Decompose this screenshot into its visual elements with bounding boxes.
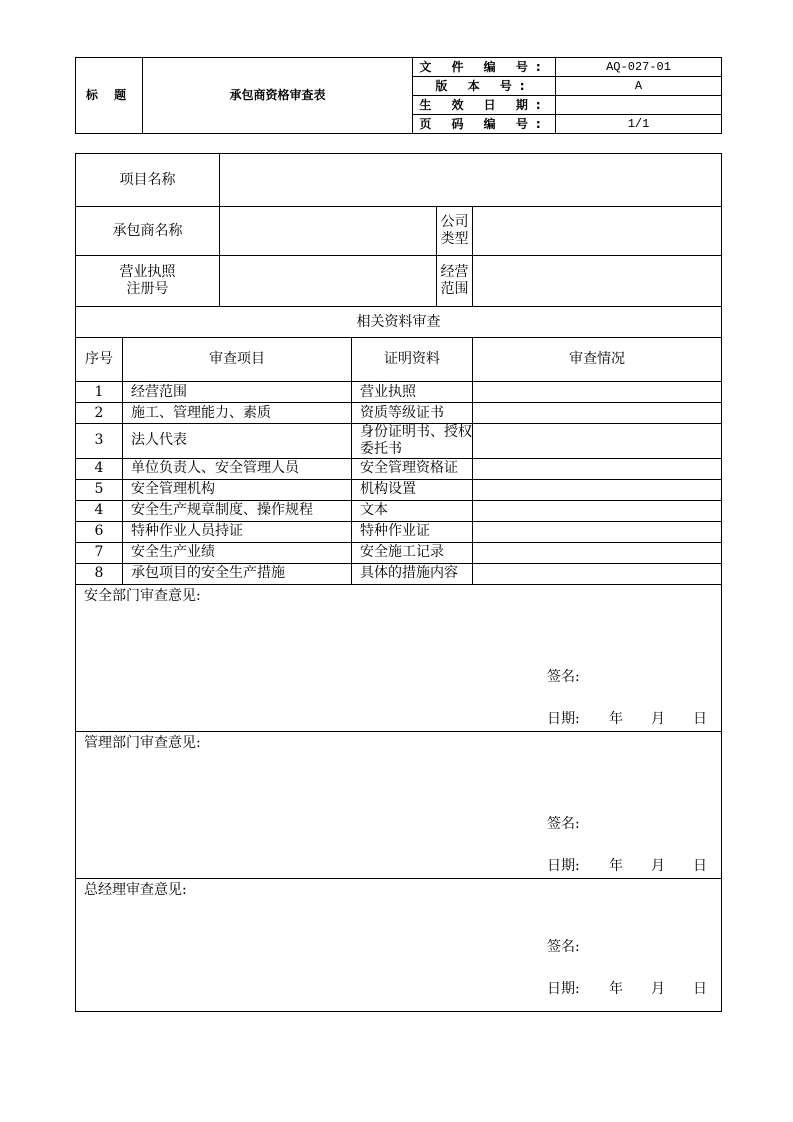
business-scope-field[interactable] (473, 256, 722, 307)
document-title: 承包商资格审查表 (143, 58, 413, 134)
general-manager-date: 日期:年月日 (547, 981, 707, 998)
month-label: 月 (651, 711, 693, 728)
table-row: 2 施工、管理能力、素质 资质等级证书 (76, 403, 722, 424)
effective-date-label: 生 效 日 期: (413, 96, 556, 115)
row-no: 1 (76, 382, 123, 403)
business-license-field[interactable] (220, 256, 437, 307)
row-no: 3 (76, 424, 123, 459)
row-status-field[interactable] (473, 424, 722, 459)
row-status-field[interactable] (473, 403, 722, 424)
table-row: 4 单位负责人、安全管理人员 安全管理资格证 (76, 458, 722, 479)
table-row: 3 法人代表 身份证明书、授权委托书 (76, 424, 722, 459)
management-dept-opinion-field[interactable]: 管理部门审查意见: 签名: 日期:年月日 (76, 731, 722, 878)
row-no: 2 (76, 403, 123, 424)
doc-number-label: 文 件 编 号: (413, 58, 556, 77)
row-item: 单位负责人、安全管理人员 (123, 458, 352, 479)
row-proof: 文本 (352, 500, 473, 521)
company-type-label: 公司类型 (437, 207, 473, 256)
month-label: 月 (651, 981, 693, 998)
page-number-value: 1/1 (556, 115, 722, 134)
page-number-label: 页 码 编 号: (413, 115, 556, 134)
col-header-no: 序号 (76, 338, 123, 382)
day-label: 日 (693, 711, 707, 728)
company-type-field[interactable] (473, 207, 722, 256)
safety-dept-opinion-field[interactable]: 安全部门审查意见: 签名: 日期:年月日 (76, 584, 722, 731)
version-value: A (556, 77, 722, 96)
general-manager-signature-label: 签名: (547, 939, 580, 956)
safety-dept-opinion-title: 安全部门审查意见: (84, 588, 201, 605)
version-label: 版 本 号: (413, 77, 556, 96)
row-no: 4 (76, 458, 123, 479)
management-dept-opinion-title: 管理部门审查意见: (84, 735, 201, 752)
contractor-name-field[interactable] (220, 207, 437, 256)
management-dept-signature-label: 签名: (547, 816, 580, 833)
row-status-field[interactable] (473, 500, 722, 521)
row-no: 6 (76, 521, 123, 542)
date-label: 日期: (547, 981, 609, 998)
table-row: 1 经营范围 营业执照 (76, 382, 722, 403)
row-proof: 安全管理资格证 (352, 458, 473, 479)
contractor-name-label: 承包商名称 (76, 207, 220, 256)
doc-number-value: AQ-027-01 (556, 58, 722, 77)
row-status-field[interactable] (473, 382, 722, 403)
row-no: 7 (76, 542, 123, 563)
date-label: 日期: (547, 711, 609, 728)
col-header-proof: 证明资料 (352, 338, 473, 382)
row-proof: 身份证明书、授权委托书 (352, 424, 473, 459)
day-label: 日 (693, 981, 707, 998)
row-status-field[interactable] (473, 542, 722, 563)
row-proof: 营业执照 (352, 382, 473, 403)
table-row: 4 安全生产规章制度、操作规程 文本 (76, 500, 722, 521)
year-label: 年 (609, 981, 651, 998)
row-item: 承包项目的安全生产措施 (123, 563, 352, 584)
table-row: 6 特种作业人员持证 特种作业证 (76, 521, 722, 542)
row-item: 安全生产业绩 (123, 542, 352, 563)
row-proof: 特种作业证 (352, 521, 473, 542)
table-row: 7 安全生产业绩 安全施工记录 (76, 542, 722, 563)
row-item: 经营范围 (123, 382, 352, 403)
business-scope-label: 经营范围 (437, 256, 473, 307)
safety-dept-signature-label: 签名: (547, 669, 580, 686)
row-proof: 资质等级证书 (352, 403, 473, 424)
general-manager-opinion-title: 总经理审查意见: (84, 882, 187, 899)
table-row: 5 安全管理机构 机构设置 (76, 479, 722, 500)
day-label: 日 (693, 858, 707, 875)
effective-date-value (556, 96, 722, 115)
year-label: 年 (609, 711, 651, 728)
row-status-field[interactable] (473, 458, 722, 479)
title-label: 标 题 (76, 58, 143, 134)
document-page: 标 题 承包商资格审查表 文 件 编 号: AQ-027-01 版 本 号: A… (0, 0, 793, 1122)
management-dept-date: 日期:年月日 (547, 858, 707, 875)
general-manager-opinion-field[interactable]: 总经理审查意见: 签名: 日期:年月日 (76, 878, 722, 1011)
row-item: 特种作业人员持证 (123, 521, 352, 542)
row-item: 法人代表 (123, 424, 352, 459)
col-header-item: 审查项目 (123, 338, 352, 382)
date-label: 日期: (547, 858, 609, 875)
table-row: 8 承包项目的安全生产措施 具体的措施内容 (76, 563, 722, 584)
business-license-label-line1: 营业执照 (76, 264, 219, 281)
row-no: 4 (76, 500, 123, 521)
row-proof: 机构设置 (352, 479, 473, 500)
project-name-label: 项目名称 (76, 154, 220, 207)
year-label: 年 (609, 858, 651, 875)
row-status-field[interactable] (473, 521, 722, 542)
row-item: 施工、管理能力、素质 (123, 403, 352, 424)
business-license-label-line2: 注册号 (76, 281, 219, 298)
document-header-table: 标 题 承包商资格审查表 文 件 编 号: AQ-027-01 版 本 号: A… (75, 57, 722, 134)
month-label: 月 (651, 858, 693, 875)
safety-dept-date: 日期:年月日 (547, 711, 707, 728)
row-no: 5 (76, 479, 123, 500)
row-no: 8 (76, 563, 123, 584)
review-section-title: 相关资料审查 (76, 307, 722, 338)
contractor-review-form: 项目名称 承包商名称 公司类型 营业执照 注册号 经营范围 相关资料审查 序号 … (75, 153, 722, 1012)
row-proof: 具体的措施内容 (352, 563, 473, 584)
row-status-field[interactable] (473, 479, 722, 500)
row-status-field[interactable] (473, 563, 722, 584)
row-item: 安全管理机构 (123, 479, 352, 500)
row-item: 安全生产规章制度、操作规程 (123, 500, 352, 521)
business-license-label: 营业执照 注册号 (76, 256, 220, 307)
project-name-field[interactable] (220, 154, 722, 207)
col-header-status: 审查情况 (473, 338, 722, 382)
row-proof: 安全施工记录 (352, 542, 473, 563)
